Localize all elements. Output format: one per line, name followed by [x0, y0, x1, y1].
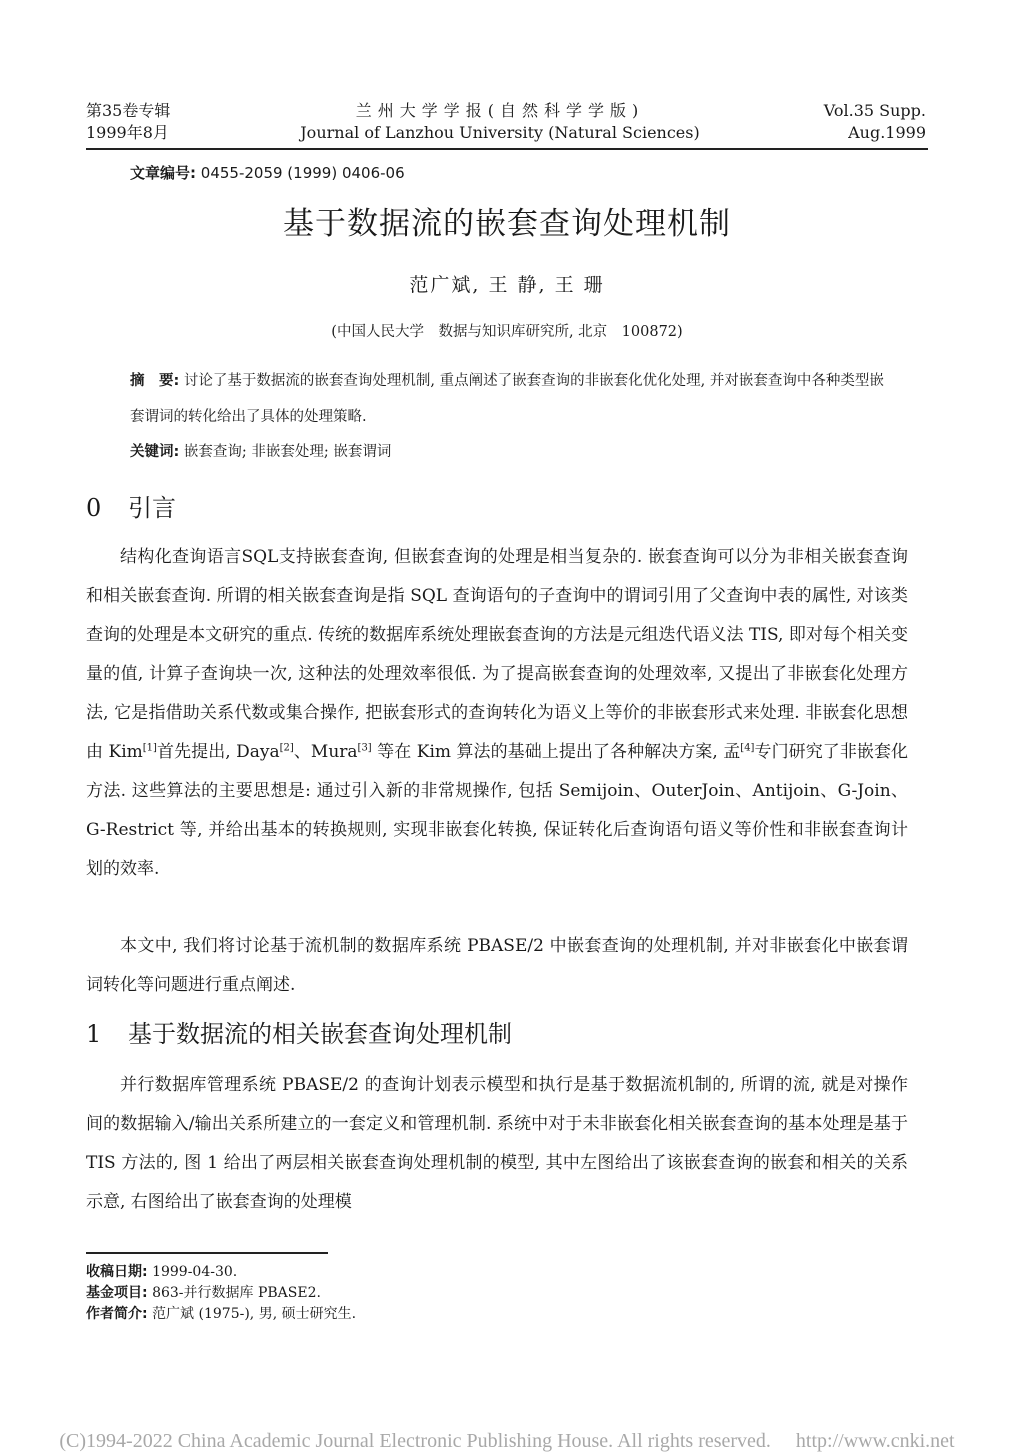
- paragraph-text: 、Mura: [294, 742, 358, 762]
- affiliation: (中国人民大学 数据与知识库研究所, 北京 100872): [0, 320, 1014, 341]
- keywords: 关键词: 嵌套查询; 非嵌套处理; 嵌套谓词: [130, 440, 391, 461]
- journal-name-cn: 兰州大学学报(自然科学学版): [250, 100, 750, 122]
- footnote-label: 基金项目:: [86, 1285, 148, 1301]
- section-number: 1: [86, 1020, 128, 1048]
- section-number: 0: [86, 494, 128, 522]
- header-volume: 第35卷专辑: [86, 100, 170, 122]
- abstract: 摘 要: 讨论了基于数据流的嵌套查询处理机制, 重点阐述了嵌套查询的非嵌套化优化…: [130, 363, 890, 435]
- abstract-label: 摘 要:: [130, 373, 179, 389]
- paragraph-text: 专门研究了非嵌套化方法. 这些算法的主要思想是: 通过引入新的非常规操作, 包括…: [86, 742, 908, 879]
- authors: 范广斌, 王 静, 王 珊: [0, 270, 1014, 297]
- section-title: 引言: [128, 494, 176, 522]
- footnote-label: 作者简介:: [86, 1306, 148, 1322]
- header-date: 1999年8月: [86, 122, 170, 144]
- header-journal: 兰州大学学报(自然科学学版) Journal of Lanzhou Univer…: [250, 100, 750, 144]
- journal-name-en: Journal of Lanzhou University (Natural S…: [250, 122, 750, 144]
- header-rule: [86, 148, 928, 150]
- paragraph-text: 本文中, 我们将讨论基于流机制的数据库系统 PBASE/2 中嵌套查询的处理机制…: [86, 927, 908, 1005]
- section-title: 基于数据流的相关嵌套查询处理机制: [128, 1020, 512, 1048]
- paragraph-text: 结构化查询语言SQL支持嵌套查询, 但嵌套查询的处理是相当复杂的. 嵌套查询可以…: [86, 547, 908, 762]
- footnote-label: 收稿日期:: [86, 1264, 148, 1280]
- footnote-funding: 基金项目: 863-并行数据库 PBASE2.: [86, 1283, 356, 1304]
- article-number: 文章编号: 0455-2059 (1999) 0406-06: [130, 162, 405, 183]
- keywords-text: 嵌套查询; 非嵌套处理; 嵌套谓词: [184, 444, 392, 460]
- article-number-label: 文章编号:: [130, 164, 196, 182]
- footnote-received: 收稿日期: 1999-04-30.: [86, 1262, 356, 1283]
- header-volume-en: Vol.35 Supp. Aug.1999: [824, 100, 926, 144]
- paragraph-text: 首先提出, Daya: [157, 742, 280, 762]
- footnote-text: 1999-04-30.: [152, 1264, 237, 1280]
- abstract-text: 讨论了基于数据流的嵌套查询处理机制, 重点阐述了嵌套查询的非嵌套化优化处理, 并…: [130, 373, 884, 425]
- footnote-text: 范广斌 (1975-), 男, 硕士研究生.: [152, 1306, 356, 1322]
- header-volume-en-line: Vol.35 Supp.: [824, 100, 926, 122]
- citation-ref[interactable]: [3]: [358, 742, 372, 753]
- footnote-author-bio: 作者简介: 范广斌 (1975-), 男, 硕士研究生.: [86, 1304, 356, 1325]
- keywords-label: 关键词:: [130, 444, 179, 460]
- footnote-rule: [86, 1252, 328, 1254]
- section1-paragraph-1: 并行数据库管理系统 PBASE/2 的查询计划表示模型和执行是基于数据流机制的,…: [86, 1066, 908, 1222]
- citation-ref[interactable]: [1]: [143, 742, 157, 753]
- copyright-notice: (C)1994-2022 China Academic Journal Elec…: [0, 1424, 1014, 1453]
- section-heading-1: 1基于数据流的相关嵌套查询处理机制: [86, 1014, 512, 1049]
- article-number-value: 0455-2059 (1999) 0406-06: [201, 164, 405, 182]
- footnote-text: 863-并行数据库 PBASE2.: [152, 1285, 321, 1301]
- citation-ref[interactable]: [2]: [280, 742, 294, 753]
- paragraph-text: 并行数据库管理系统 PBASE/2 的查询计划表示模型和执行是基于数据流机制的,…: [86, 1066, 908, 1222]
- intro-paragraph-2: 本文中, 我们将讨论基于流机制的数据库系统 PBASE/2 中嵌套查询的处理机制…: [86, 927, 908, 1005]
- paper-title: 基于数据流的嵌套查询处理机制: [0, 198, 1014, 243]
- intro-paragraph-1: 结构化查询语言SQL支持嵌套查询, 但嵌套查询的处理是相当复杂的. 嵌套查询可以…: [86, 538, 908, 889]
- citation-ref[interactable]: [4]: [740, 742, 754, 753]
- header-date-en: Aug.1999: [824, 122, 926, 144]
- paragraph-text: 等在 Kim 算法的基础上提出了各种解决方案, 孟: [372, 742, 741, 762]
- header-volume-info: 第35卷专辑 1999年8月: [86, 100, 170, 144]
- section-heading-introduction: 0引言: [86, 488, 176, 523]
- footnotes: 收稿日期: 1999-04-30. 基金项目: 863-并行数据库 PBASE2…: [86, 1262, 356, 1325]
